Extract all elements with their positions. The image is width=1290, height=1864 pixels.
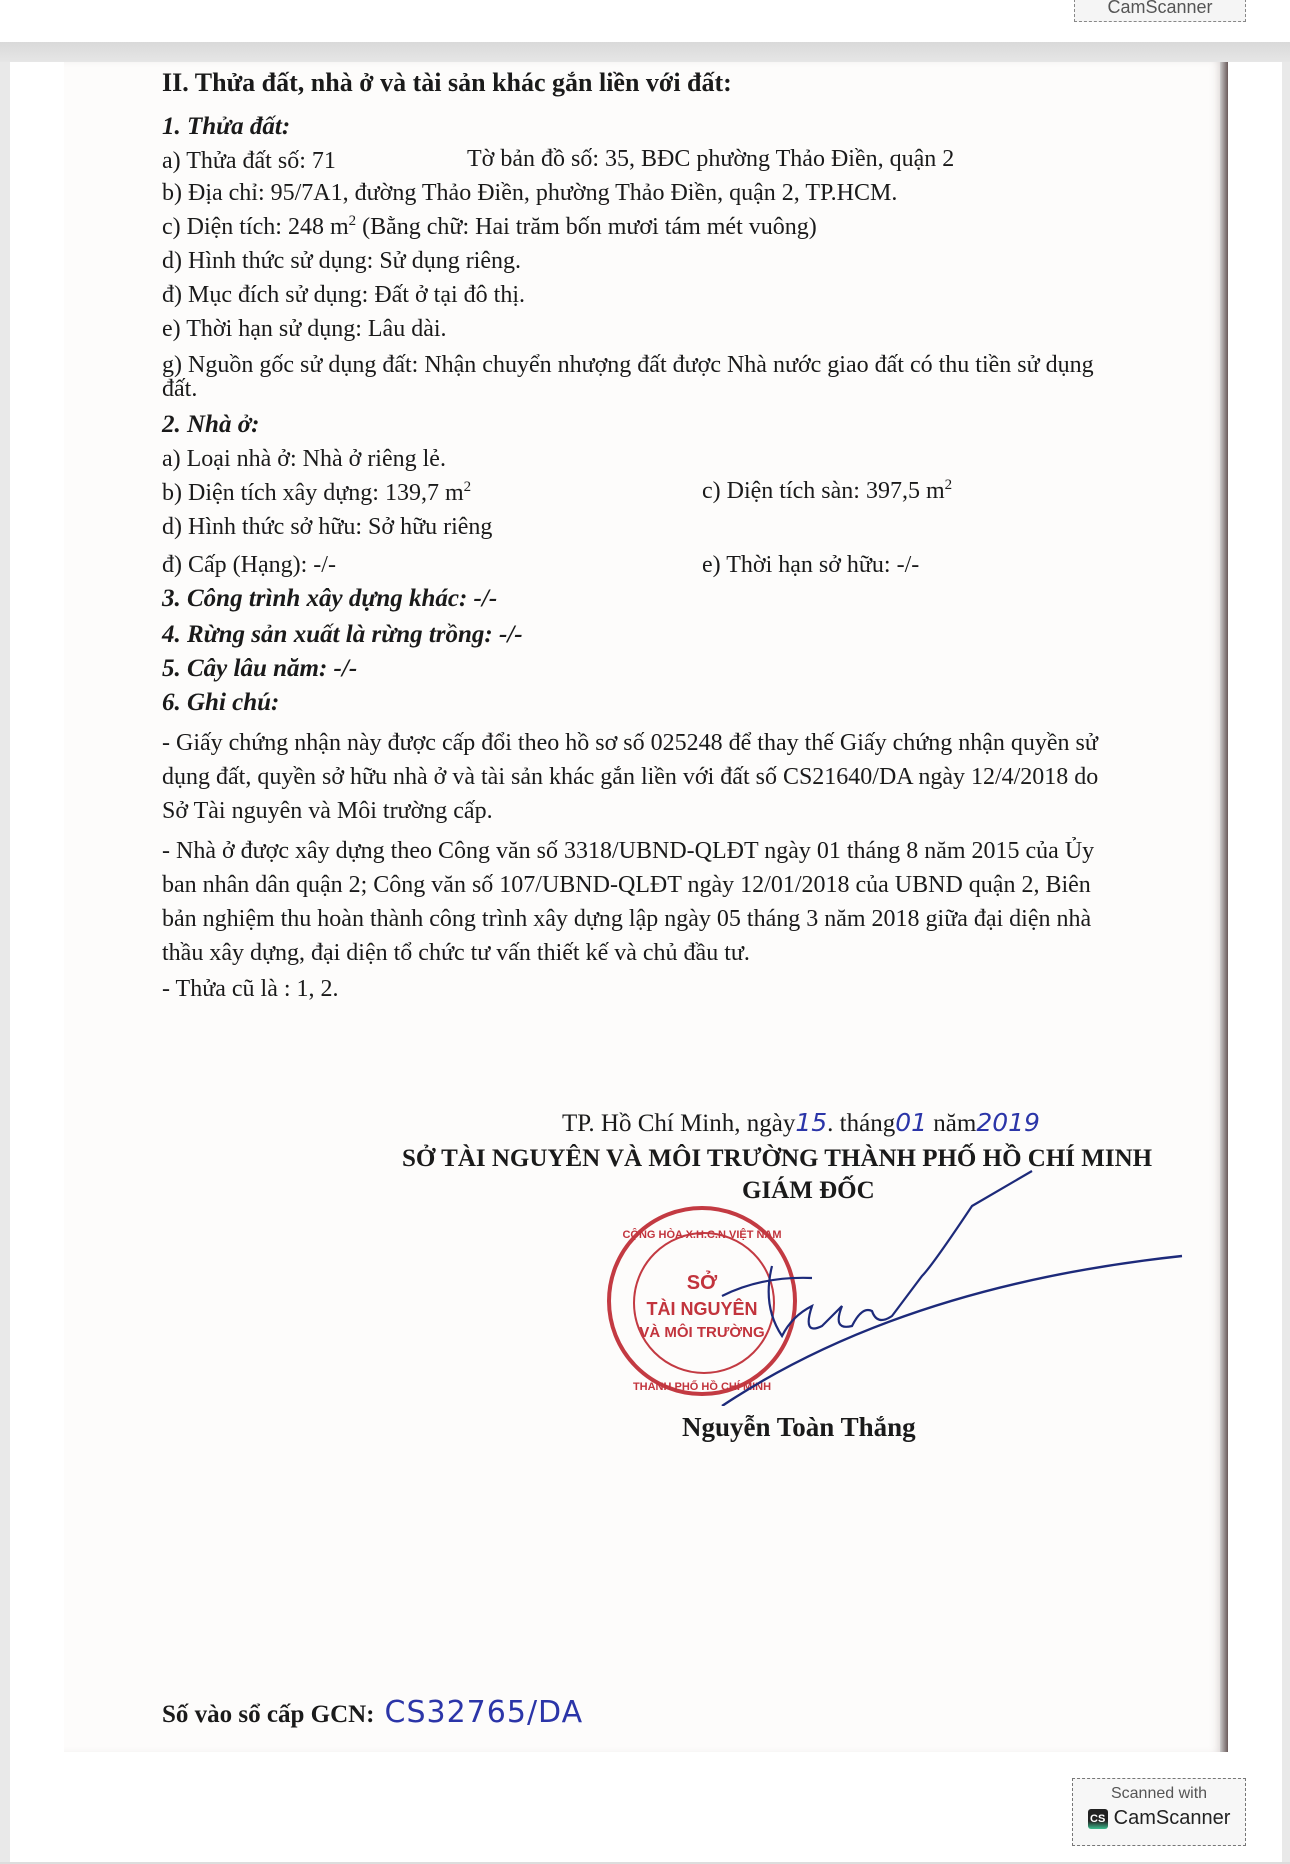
note-permit-line: bản nghiệm thu hoàn thành công trình xây… [162, 902, 1222, 936]
certificate-registry-number: Số vào sổ cấp GCN:CS32765/DA [162, 1696, 583, 1732]
land-map-sheet: Tờ bản đồ số: 35, BĐC phường Thảo Điền, … [467, 142, 954, 176]
note-replacement-line: dụng đất, quyền sở hữu nhà ở và tài sản … [162, 760, 1222, 794]
land-area-unit-sup: 2 [349, 213, 357, 229]
land-heading: 1. Thửa đất: [162, 110, 290, 144]
note-permit-line: ban nhân dân quận 2; Công văn số 107/UBN… [162, 868, 1222, 902]
production-forest: 4. Rừng sản xuất là rừng trồng: -/- [162, 618, 523, 652]
land-usage-purpose: đ) Mục đích sử dụng: Đất ở tại đô thị. [162, 278, 525, 312]
note-replacement-line: - Giấy chứng nhận này được cấp đổi theo … [162, 726, 1222, 760]
house-heading: 2. Nhà ở: [162, 408, 259, 442]
house-type: a) Loại nhà ở: Nhà ở riêng lẻ. [162, 442, 446, 476]
issue-month: 01 [895, 1108, 927, 1137]
watermark-brand: CS CamScanner [1073, 1807, 1245, 1830]
note-construction-permit: - Nhà ở được xây dựng theo Công văn số 3… [162, 834, 1222, 970]
issue-place: TP. Hồ Chí Minh, ngày [562, 1110, 795, 1137]
perennial-trees: 5. Cây lâu năm: -/- [162, 652, 357, 686]
note-old-parcels: - Thửa cũ là : 1, 2. [162, 972, 339, 1006]
floor-area-sup: 2 [945, 477, 953, 493]
land-area-words: (Bằng chữ: Hai trăm bốn mươi tám mét vuô… [356, 214, 817, 240]
handwritten-signature [702, 1166, 1202, 1406]
land-parcel-number: a) Thửa đất số: 71 [162, 144, 336, 178]
camscanner-logo-icon: CS [1088, 1809, 1108, 1829]
issue-year: 2019 [976, 1108, 1040, 1137]
year-label: năm [927, 1110, 976, 1137]
section-title: II. Thửa đất, nhà ở và tài sản khác gắn … [162, 66, 732, 100]
camscanner-badge-top: CamScanner [1074, 0, 1246, 22]
page-separator [0, 42, 1290, 62]
note-permit-line: thầu xây dựng, đại diện tổ chức tư vấn t… [162, 936, 1222, 970]
note-replacement-line: Sở Tài nguyên và Môi trường cấp. [162, 794, 1222, 828]
house-grade: đ) Cấp (Hạng): -/- [162, 548, 336, 582]
house-ownership-term: e) Thời hạn sở hữu: -/- [702, 548, 919, 582]
month-label: . tháng [827, 1110, 895, 1137]
land-origin-line1: g) Nguồn gốc sử dụng đất: Nhận chuyển nh… [162, 348, 1094, 382]
land-area-value: c) Diện tích: 248 m [162, 214, 349, 240]
watermark-brand-name: CamScanner [1114, 1807, 1231, 1830]
land-address: b) Địa chỉ: 95/7A1, đường Thảo Điền, phư… [162, 176, 897, 210]
registry-value: CS32765/DA [385, 1695, 584, 1730]
house-ownership-form: d) Hình thức sở hữu: Sở hữu riêng [162, 510, 492, 544]
top-strip: CamScanner [0, 0, 1290, 42]
note-permit-line: - Nhà ở được xây dựng theo Công văn số 3… [162, 834, 1222, 868]
land-origin-line2: đất. [162, 372, 197, 406]
land-usage-form: d) Hình thức sử dụng: Sử dụng riêng. [162, 244, 521, 278]
house-construction-area: b) Diện tích xây dựng: 139,7 m2 [162, 476, 471, 510]
registry-label: Số vào sổ cấp GCN: [162, 1701, 375, 1728]
construction-area-value: b) Diện tích xây dựng: 139,7 m [162, 480, 464, 506]
note-replacement: - Giấy chứng nhận này được cấp đổi theo … [162, 726, 1222, 828]
notes-heading: 6. Ghi chú: [162, 686, 279, 720]
issue-date: TP. Hồ Chí Minh, ngày15. tháng01 năm2019 [562, 1106, 1040, 1141]
watermark-caption: Scanned with [1073, 1785, 1245, 1803]
house-floor-area: c) Diện tích sàn: 397,5 m2 [702, 474, 952, 508]
floor-area-value: c) Diện tích sàn: 397,5 m [702, 478, 945, 504]
construction-area-sup: 2 [464, 479, 472, 495]
land-area: c) Diện tích: 248 m2 (Bằng chữ: Hai trăm… [162, 210, 817, 244]
other-construction: 3. Công trình xây dựng khác: -/- [162, 582, 497, 616]
signer-name: Nguyễn Toàn Thắng [682, 1410, 916, 1444]
issue-day: 15 [795, 1108, 827, 1137]
land-usage-term: e) Thời hạn sử dụng: Lâu dài. [162, 312, 447, 346]
camscanner-watermark: Scanned with CS CamScanner [1072, 1778, 1246, 1846]
